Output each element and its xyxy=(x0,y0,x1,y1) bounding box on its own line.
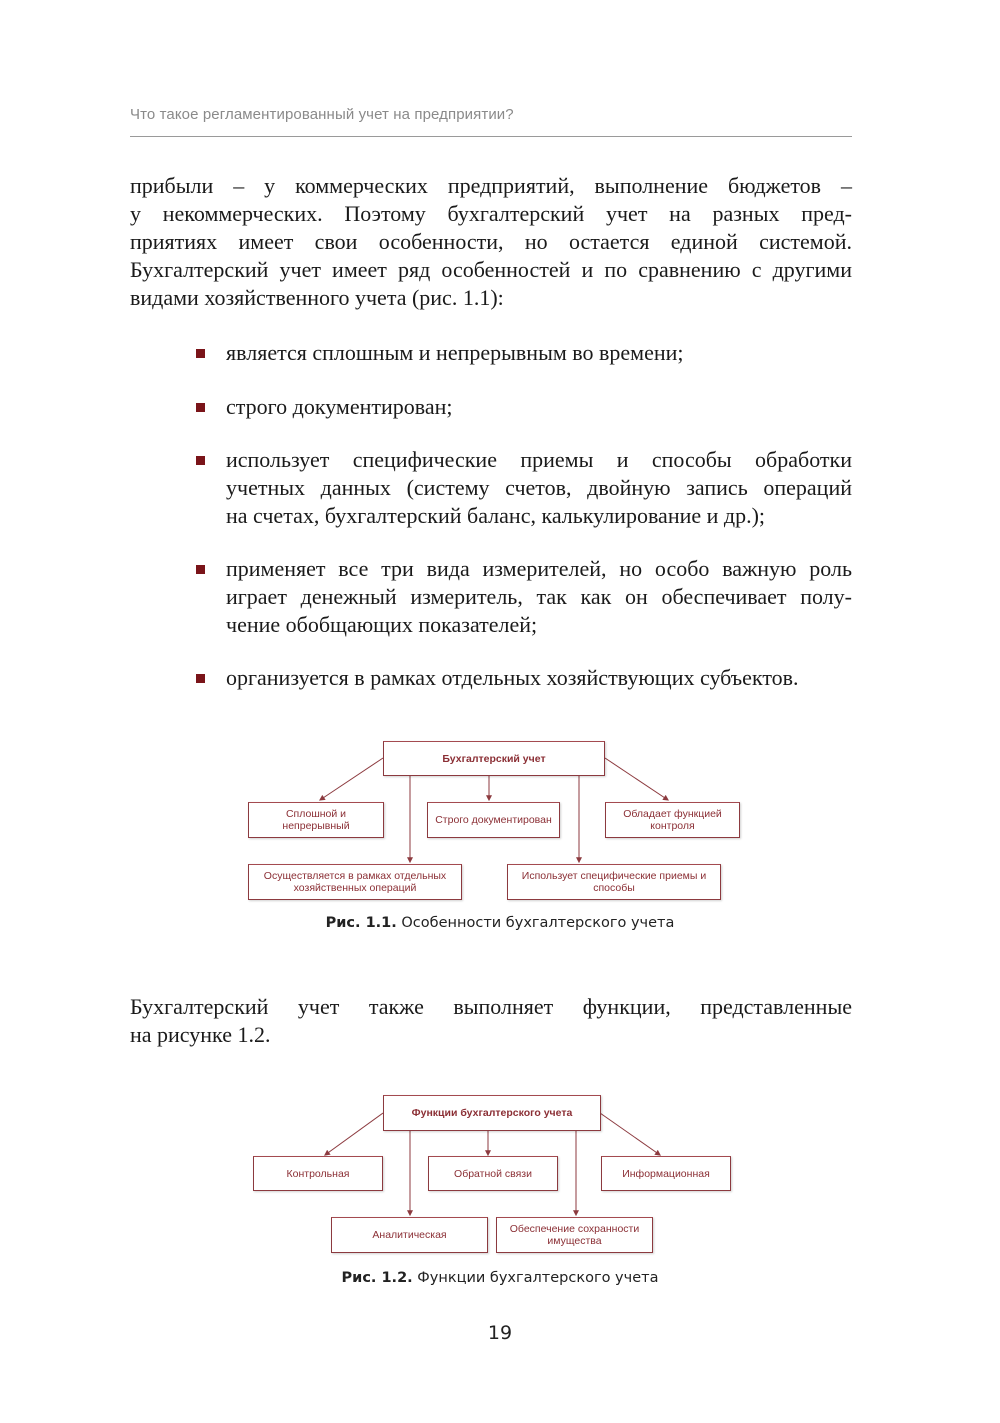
diagram-node: Обеспечение сохранности имущества xyxy=(496,1217,653,1253)
diagram-root-node: Функции бухгалтерского учета xyxy=(383,1095,601,1131)
caption-text: Функции бухгалтерского учета xyxy=(413,1270,659,1286)
diagram-node: Обратной связи xyxy=(428,1156,558,1191)
caption-label: Рис. 1.2. xyxy=(342,1270,413,1286)
diagram-node: Информационная xyxy=(601,1156,731,1191)
figure-2-caption: Рис. 1.2. Функции бухгалтерского учета xyxy=(0,1270,1000,1286)
diagram-node: Контрольная xyxy=(253,1156,383,1191)
figure-2-connectors xyxy=(0,0,1000,1423)
diagram-node: Аналитическая xyxy=(331,1217,488,1253)
page-number: 19 xyxy=(0,1322,1000,1344)
